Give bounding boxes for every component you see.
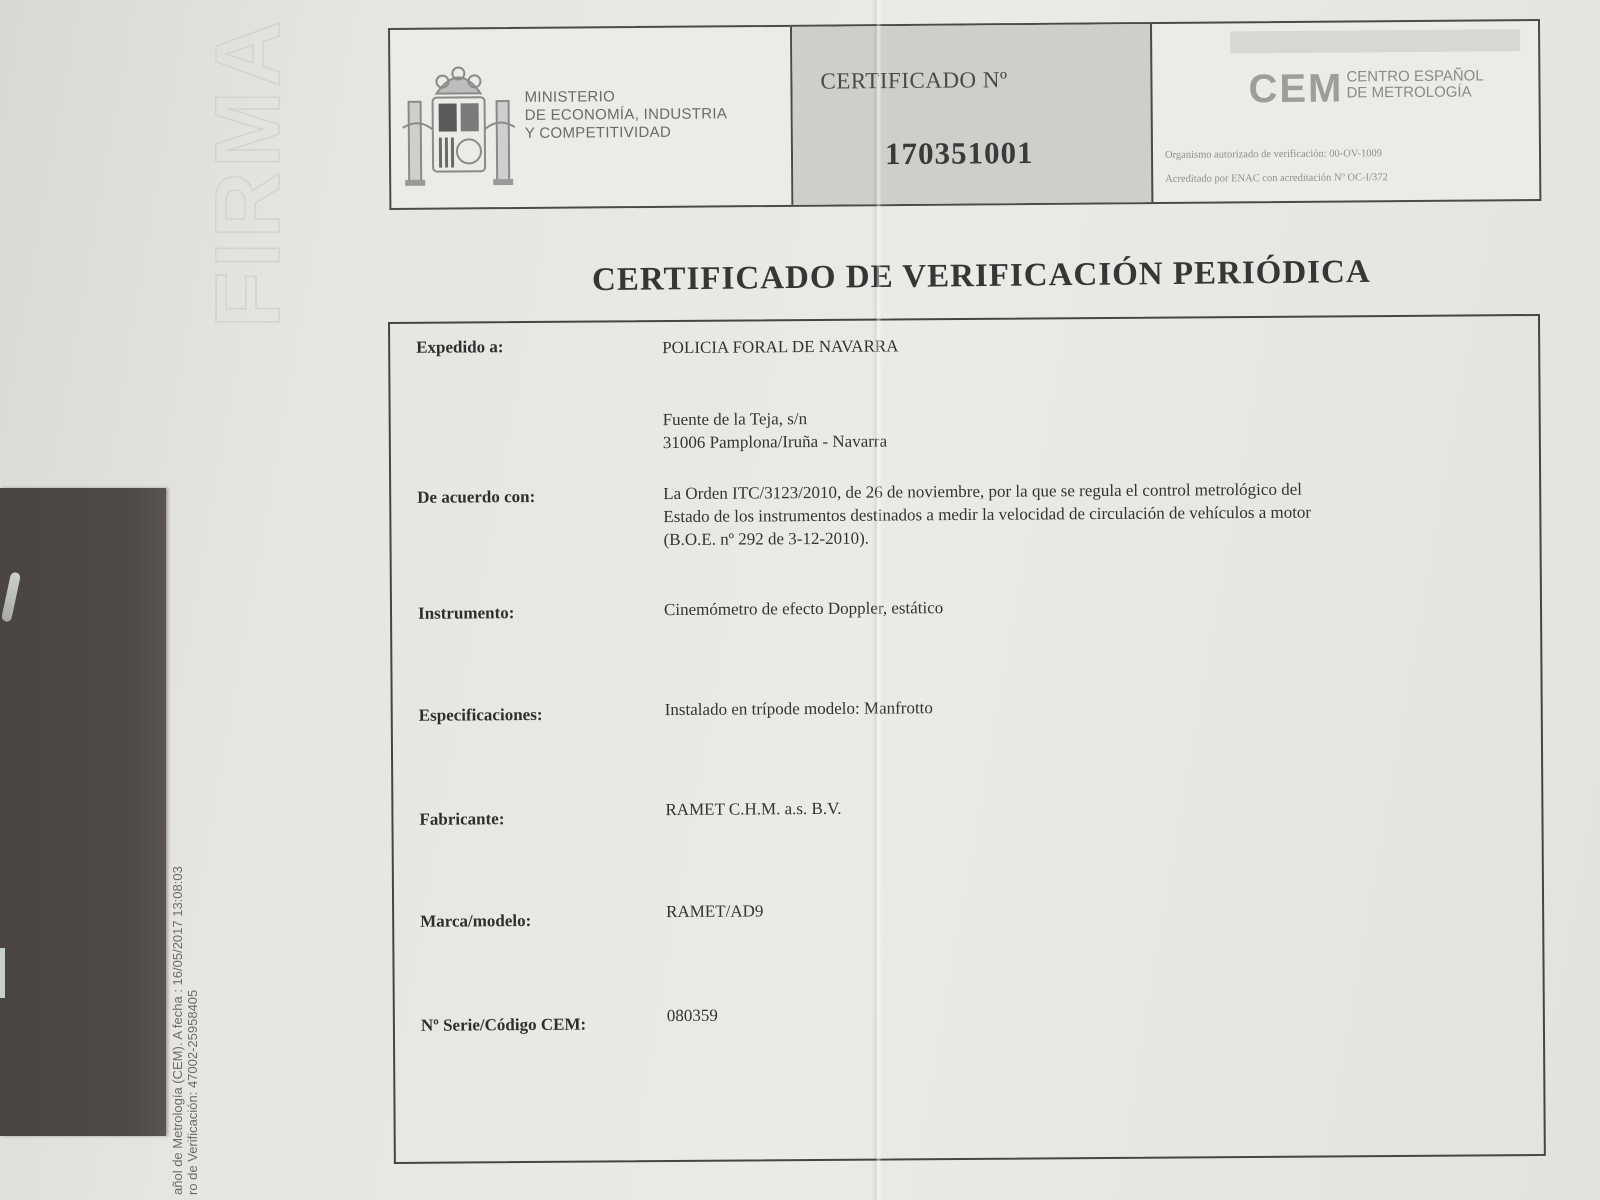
cem-logo: CEM — [1248, 66, 1343, 112]
field-value: RAMET/AD9 — [666, 894, 1486, 923]
field-value: POLICIA FORAL DE NAVARRA — [662, 330, 1482, 359]
certificate-number-label: CERTIFICADO Nº — [820, 67, 1007, 94]
watermark-text: FIRMA — [196, 17, 301, 328]
field-label: Especificaciones: — [419, 705, 543, 726]
field-row-marca-modelo: Marca/modelo: RAMET/AD9 — [394, 894, 1542, 902]
field-row-serie: Nº Serie/Código CEM: 080359 — [395, 998, 1543, 1006]
coat-of-arms-icon — [398, 57, 519, 198]
ministry-block: MINISTERIO DE ECONOMÍA, INDUSTRIA Y COMP… — [390, 27, 793, 208]
field-value: Cinemómetro de efecto Doppler, estático — [664, 592, 1484, 621]
ministry-name: MINISTERIO DE ECONOMÍA, INDUSTRIA Y COMP… — [524, 87, 727, 143]
cem-authorization: Organismo autorizado de verificación: 00… — [1165, 148, 1382, 161]
field-label: Marca/modelo: — [420, 911, 531, 932]
field-label: Expedido a: — [416, 337, 504, 358]
field-value: 080359 — [667, 998, 1487, 1027]
field-row-especificaciones: Especificaciones: Instalado en trípode m… — [393, 692, 1541, 700]
field-value: La Orden ITC/3123/2010, de 26 de noviemb… — [663, 476, 1483, 551]
field-value: RAMET C.H.M. a.s. B.V. — [665, 792, 1485, 821]
cem-name: CENTRO ESPAÑOL DE METROLOGÍA — [1346, 68, 1483, 101]
certificate-details: Expedido a: POLICIA FORAL DE NAVARRA Fue… — [388, 314, 1546, 1164]
glare-highlight — [1, 572, 21, 623]
field-value: Fuente de la Teja, s/n 31006 Pamplona/Ir… — [663, 402, 1483, 454]
field-row-fabricante: Fabricante: RAMET C.H.M. a.s. B.V. — [393, 792, 1541, 800]
glare-highlight — [0, 948, 5, 998]
field-row-instrumento: Instrumento: Cinemómetro de efecto Doppl… — [392, 592, 1540, 600]
side-text-line-date: añol de Metrología (CEM). A fecha : 16/0… — [170, 866, 185, 1195]
dark-photo-edge — [0, 488, 166, 1136]
certificate-number: 170351001 — [885, 135, 1034, 172]
rotated-side-text: añol de Metrología (CEM). A fecha : 16/0… — [170, 866, 200, 1195]
field-label: Nº Serie/Código CEM: — [421, 1015, 586, 1036]
field-row-expedido: Expedido a: POLICIA FORAL DE NAVARRA — [390, 330, 1538, 338]
field-label: De acuerdo con: — [417, 487, 535, 508]
certificate-header: MINISTERIO DE ECONOMÍA, INDUSTRIA Y COMP… — [388, 19, 1541, 210]
field-value: Instalado en trípode modelo: Manfrotto — [665, 692, 1485, 721]
field-label: Fabricante: — [419, 809, 504, 830]
certificate-number-block: CERTIFICADO Nº 170351001 — [792, 24, 1153, 205]
cem-accreditation: Acreditado por ENAC con acreditación Nº … — [1165, 172, 1388, 185]
document-title: CERTIFICADO DE VERIFICACIÓN PERIÓDICA — [592, 254, 1371, 299]
side-text-line-verification: ro de Verificación: 47002-25958405 — [185, 866, 200, 1195]
field-label: Instrumento: — [418, 603, 514, 624]
field-row-acuerdo: De acuerdo con: La Orden ITC/3123/2010, … — [391, 476, 1539, 484]
redacted-bar — [1230, 29, 1520, 53]
cem-block: CEM CENTRO ESPAÑOL DE METROLOGÍA Organis… — [1152, 21, 1539, 202]
field-row-address: Fuente de la Teja, s/n 31006 Pamplona/Ir… — [391, 402, 1539, 410]
